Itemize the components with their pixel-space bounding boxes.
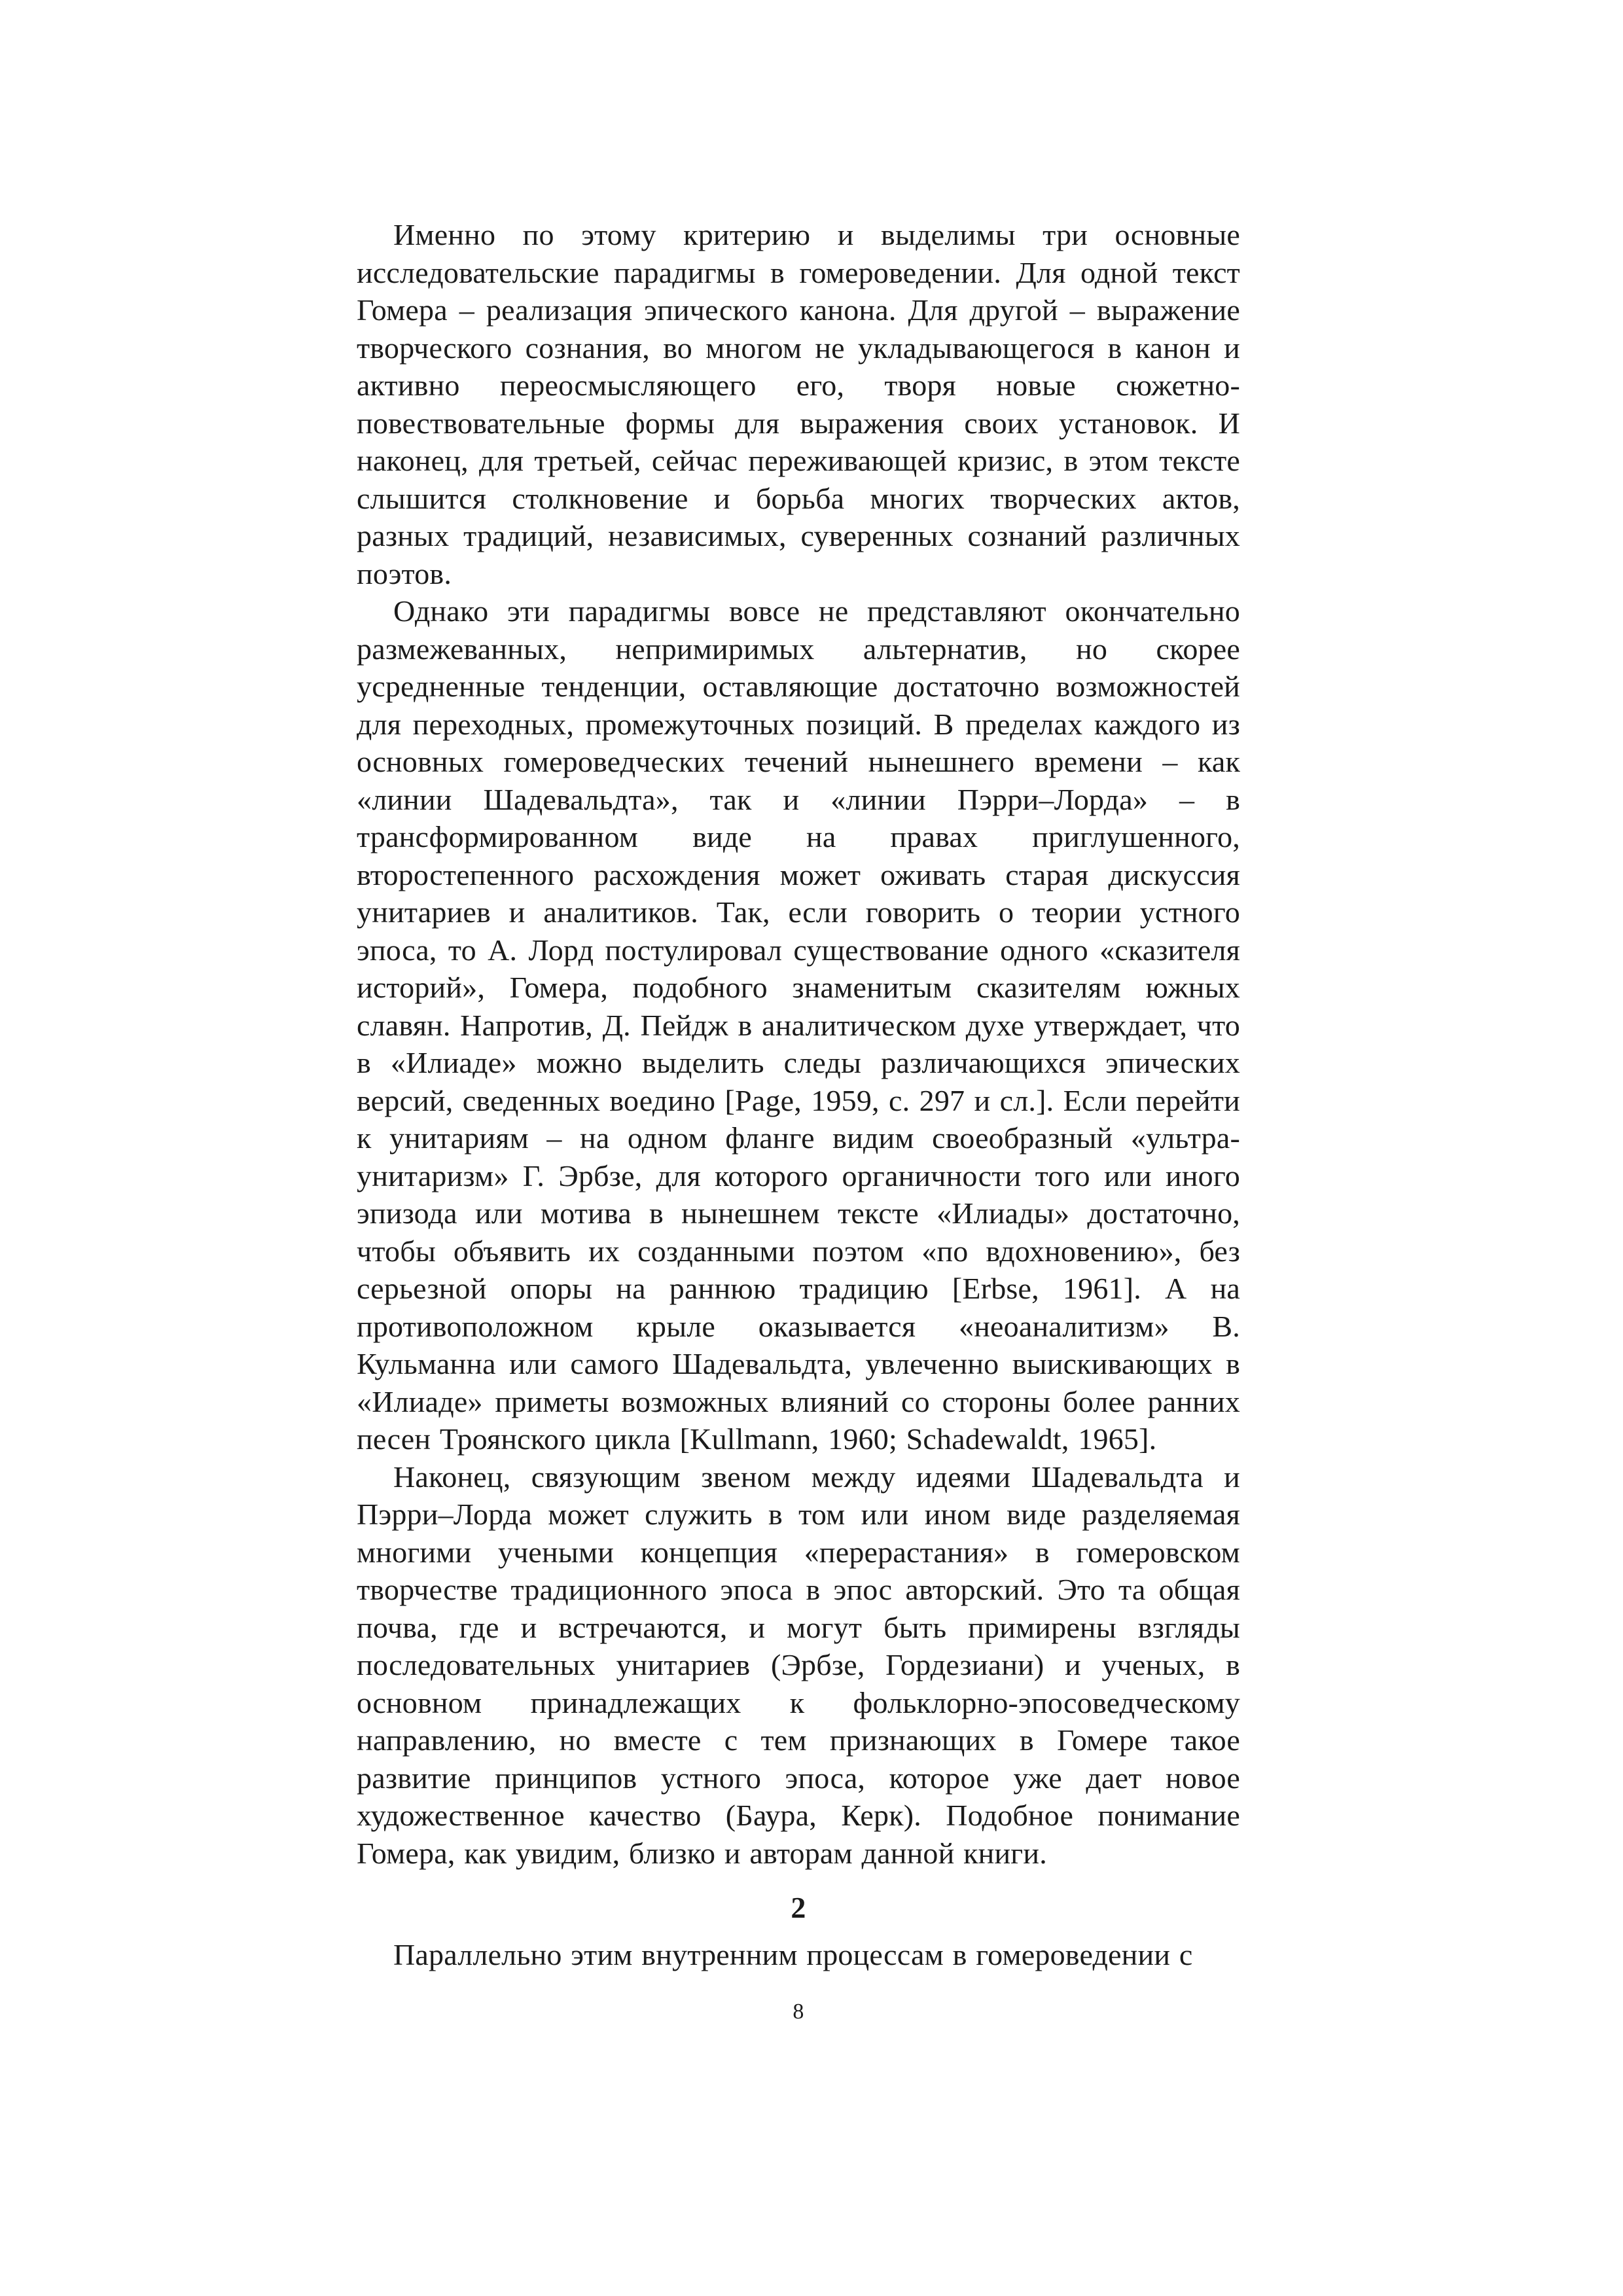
scanned-book-page: Именно по этому критерию и выделимы три … <box>0 0 1623 2296</box>
paragraph-2: Однако эти парадигмы вовсе не представля… <box>357 592 1240 1458</box>
paragraph-4: Параллельно этим внутренним процессам в … <box>357 1936 1240 1974</box>
text-block: Именно по этому критерию и выделимы три … <box>357 216 1240 2031</box>
paragraph-3: Наконец, связующим звеном между идеями Ш… <box>357 1458 1240 1873</box>
page-number: 8 <box>357 1993 1240 2031</box>
paragraph-1: Именно по этому критерию и выделимы три … <box>357 216 1240 592</box>
section-number: 2 <box>357 1889 1240 1927</box>
